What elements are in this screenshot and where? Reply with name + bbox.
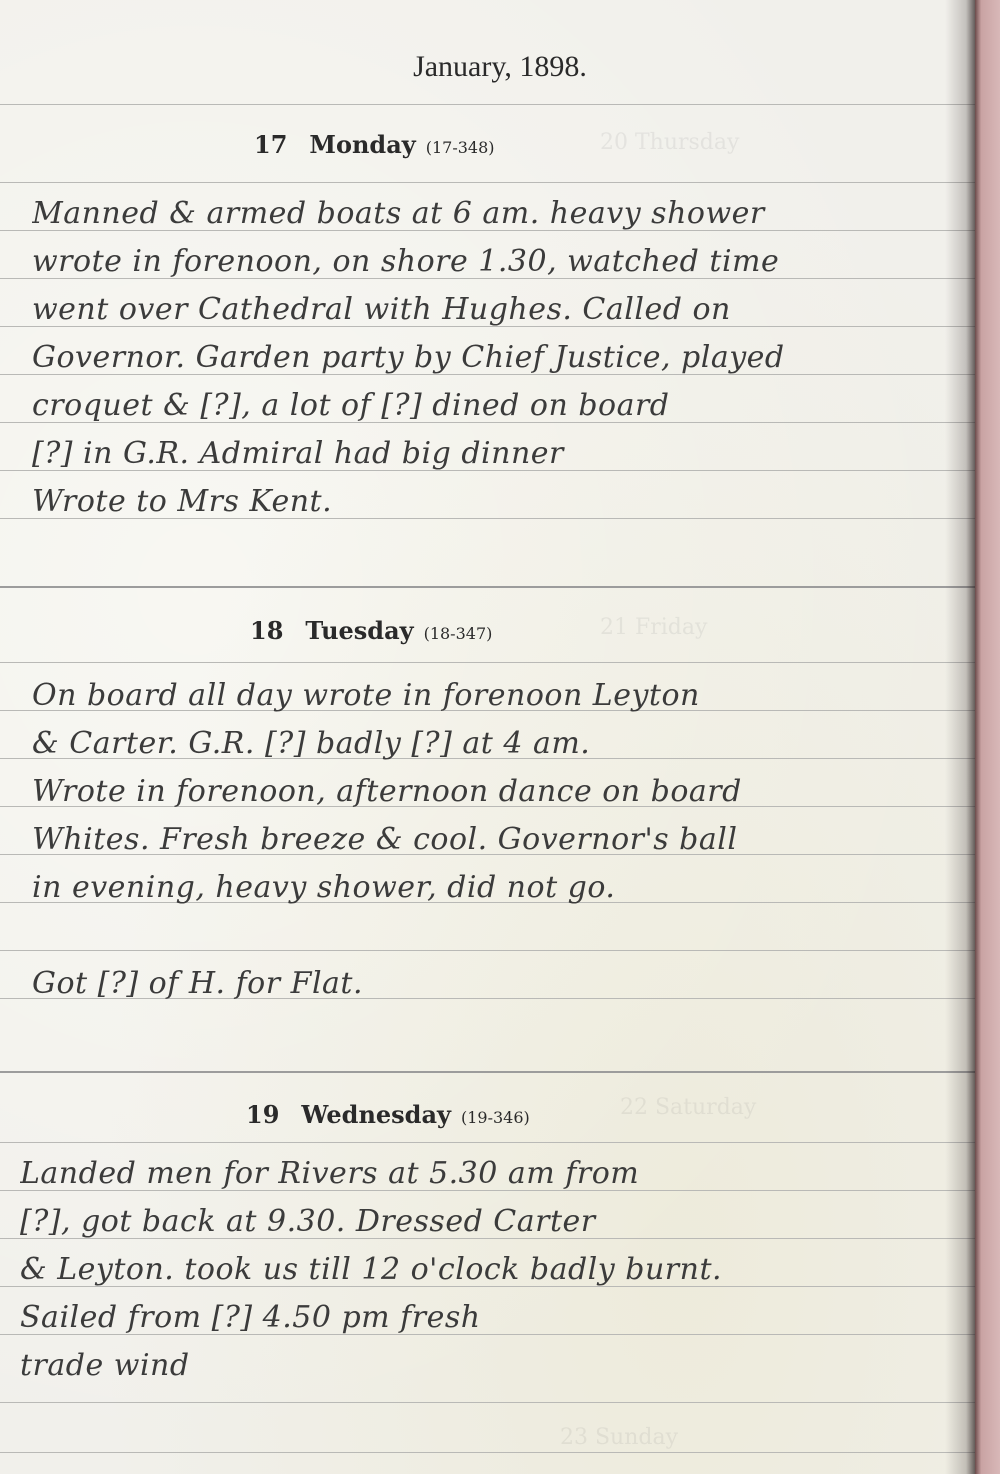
- day-ordinal: (18-347): [424, 624, 493, 643]
- diary-entry-18: On board all day wrote in forenoon Leyto…: [32, 672, 967, 1008]
- entry-line: & Leyton. took us till 12 o'clock badly …: [20, 1246, 955, 1294]
- entry-line: Manned & armed boats at 6 am. heavy show…: [32, 190, 967, 238]
- ruled-line: [0, 182, 975, 183]
- day-heading-17: 17Monday(17-348): [254, 130, 495, 159]
- entry-line: On board all day wrote in forenoon Leyto…: [32, 672, 967, 720]
- day-divider: [0, 1071, 975, 1073]
- weekday: Tuesday: [305, 616, 413, 645]
- day-divider: [0, 586, 975, 588]
- weekday: Monday: [309, 130, 415, 159]
- day-ordinal: (19-346): [461, 1108, 530, 1127]
- page-gutter-shadow: [945, 0, 975, 1474]
- day-number: 18: [250, 616, 283, 645]
- weekday: Wednesday: [301, 1100, 451, 1129]
- ruled-line: [0, 1402, 975, 1403]
- ruled-line: [0, 662, 975, 663]
- bleed-through-label: 21 Friday: [600, 615, 707, 640]
- entry-line: in evening, heavy shower, did not go.: [32, 864, 967, 912]
- entry-line: trade wind: [20, 1342, 955, 1390]
- diary-page: 20 Thursday 21 Friday 22 Saturday 23 Sun…: [0, 0, 975, 1474]
- entry-line: Got [?] of H. for Flat.: [32, 960, 967, 1008]
- ruled-line: [0, 1142, 975, 1143]
- entry-line: Landed men for Rivers at 5.30 am from: [20, 1150, 955, 1198]
- entry-line: Wrote to Mrs Kent.: [32, 478, 967, 526]
- diary-entry-17: Manned & armed boats at 6 am. heavy show…: [32, 190, 967, 526]
- entry-line: [?] in G.R. Admiral had big dinner: [32, 430, 967, 478]
- day-number: 17: [254, 130, 287, 159]
- month-heading: January, 1898.: [0, 50, 975, 84]
- day-heading-19: 19Wednesday(19-346): [246, 1100, 530, 1129]
- day-ordinal: (17-348): [426, 138, 495, 157]
- bleed-through-label: 22 Saturday: [620, 1095, 756, 1120]
- ruled-line: [0, 1452, 975, 1453]
- entry-line: [32, 912, 967, 960]
- entry-line: Whites. Fresh breeze & cool. Governor's …: [32, 816, 967, 864]
- day-number: 19: [246, 1100, 279, 1129]
- entry-line: Sailed from [?] 4.50 pm fresh: [20, 1294, 955, 1342]
- entry-line: [?], got back at 9.30. Dressed Carter: [20, 1198, 955, 1246]
- day-heading-18: 18Tuesday(18-347): [250, 616, 492, 645]
- entry-line: wrote in forenoon, on shore 1.30, watche…: [32, 238, 967, 286]
- book-edge: [975, 0, 1000, 1474]
- diary-entry-19: Landed men for Rivers at 5.30 am from [?…: [20, 1150, 955, 1390]
- entry-line: Governor. Garden party by Chief Justice,…: [32, 334, 967, 382]
- entry-line: went over Cathedral with Hughes. Called …: [32, 286, 967, 334]
- entry-line: croquet & [?], a lot of [?] dined on boa…: [32, 382, 967, 430]
- ruled-line: [0, 104, 975, 105]
- bleed-through-label: 23 Sunday: [560, 1425, 678, 1450]
- entry-line: & Carter. G.R. [?] badly [?] at 4 am.: [32, 720, 967, 768]
- entry-line: Wrote in forenoon, afternoon dance on bo…: [32, 768, 967, 816]
- bleed-through-label: 20 Thursday: [600, 130, 739, 155]
